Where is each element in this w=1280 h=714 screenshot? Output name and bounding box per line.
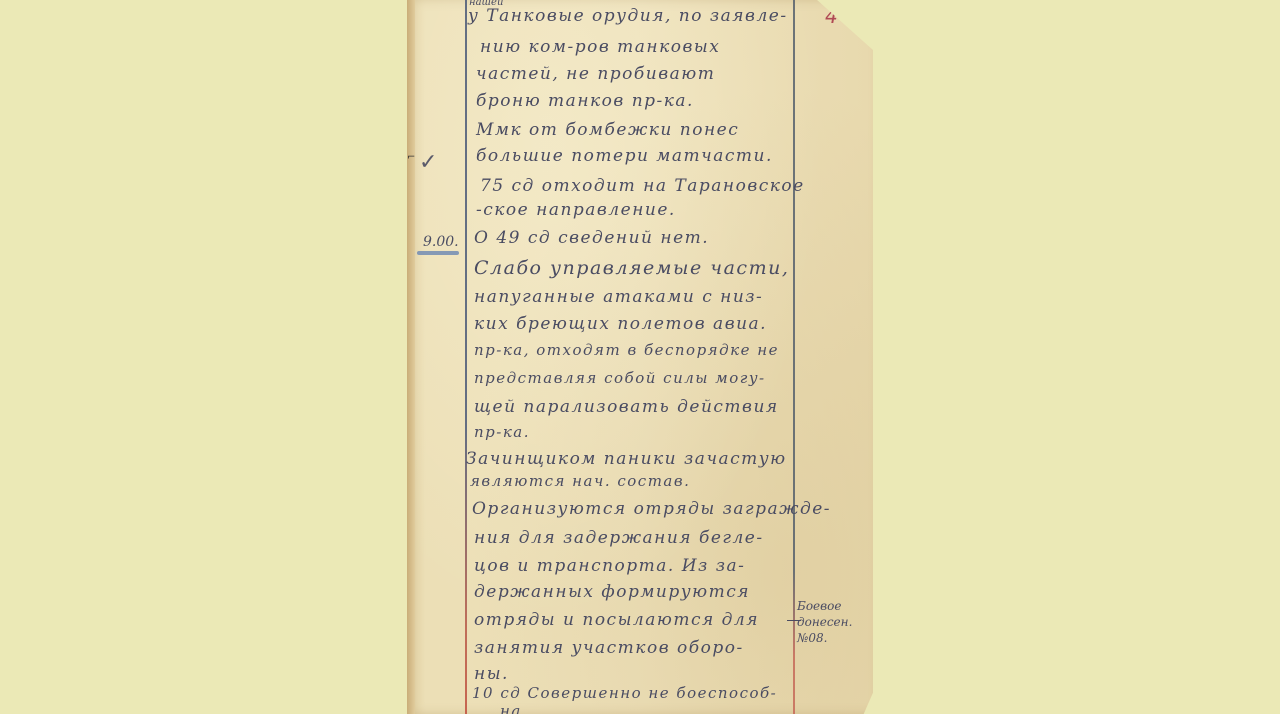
text-line: частей, не пробивают: [476, 64, 715, 84]
text-line: ны.: [474, 664, 509, 684]
text-line: большие потери матчасти.: [476, 146, 773, 166]
text-line: О 49 сд сведений нет.: [474, 228, 709, 248]
text-line: Слабо управляемые части,: [474, 257, 789, 279]
margin-time-entry: 9.00.: [423, 234, 459, 250]
text-line: щей парализовать действия: [474, 397, 779, 417]
document-page: нашей 4 ⌐ ✓ 9.00. у Танковые орудия, по …: [407, 0, 873, 714]
text-line: Зачинщиком паники зачастую: [466, 449, 787, 469]
text-line: 75 сд отходит на Тарановское: [480, 176, 805, 196]
note-line: №08.: [797, 630, 869, 646]
right-margin-rule: [793, 0, 795, 714]
time-underline: [417, 251, 459, 255]
text-line: у Танковые орудия, по заявле-: [468, 6, 788, 26]
text-line: броню танков пр-ка.: [476, 91, 694, 111]
left-margin-rule: [465, 0, 467, 714]
text-line: отряды и посылаются для: [474, 610, 759, 630]
note-line: Боевое: [797, 598, 869, 614]
text-line: -ское направление.: [476, 200, 676, 220]
text-line: на.: [500, 702, 528, 714]
page-number: 4: [825, 4, 838, 28]
text-line: пр-ка.: [474, 423, 530, 441]
text-line: являются нач. состав.: [470, 472, 690, 490]
text-line: 10 сд Совершенно не боеспособ-: [472, 684, 777, 702]
text-line: Ммк от бомбежки понес: [476, 120, 739, 140]
text-line: ния для задержания бегле-: [474, 528, 764, 548]
margin-tick-mark: ⌐: [407, 152, 415, 163]
text-line: цов и транспорта. Из за-: [474, 556, 745, 576]
text-line: Организуются отряды загражде-: [472, 499, 831, 519]
text-line: нию ком-ров танковых: [480, 37, 720, 57]
text-line: держанных формируются: [474, 582, 750, 602]
check-mark-icon: ✓: [419, 150, 437, 175]
text-line: ких бреющих полетов авиа.: [474, 314, 767, 334]
text-line: представляя собой силы могу-: [474, 369, 766, 387]
page-spine: [407, 0, 415, 714]
text-line: напуганные атаками с низ-: [474, 287, 763, 307]
text-line: занятия участков оборо-: [474, 638, 744, 658]
right-margin-note: Боевое донесен. №08.: [797, 598, 869, 646]
text-line: пр-ка, отходят в беспорядке не: [474, 341, 779, 359]
note-line: донесен.: [797, 614, 869, 630]
